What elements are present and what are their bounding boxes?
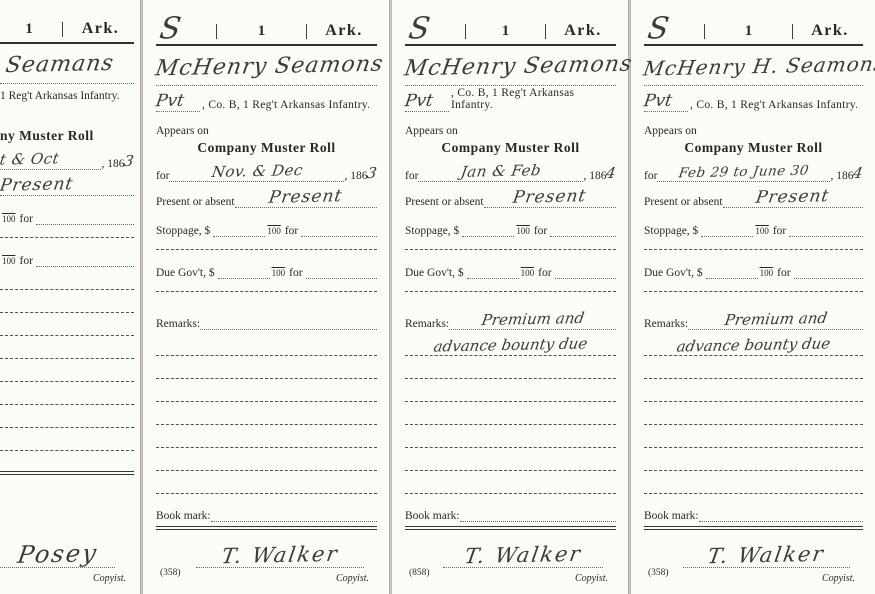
copyist-signature-script: Posey xyxy=(15,539,99,569)
due-blank xyxy=(306,265,377,279)
due-label: Due Gov't, $ xyxy=(405,267,467,279)
soldier-name-line: McHenry Seamons xyxy=(405,54,616,86)
copyist-signature-script: T. Walker xyxy=(219,542,340,568)
cents-fraction: 100 xyxy=(272,268,286,278)
ruled-line xyxy=(0,358,134,359)
header-state: Ark. xyxy=(797,22,863,40)
form-number: (358) xyxy=(648,568,669,578)
due-blank xyxy=(36,253,134,267)
header-divider xyxy=(792,24,793,39)
remarks-script-1: Premium and xyxy=(480,309,585,329)
ruled-line xyxy=(405,493,616,494)
stoppage-blank xyxy=(36,211,134,225)
roll-title: Company Muster Roll xyxy=(156,140,377,156)
header-series-script: S xyxy=(154,17,214,40)
cents-fraction: 100 xyxy=(2,214,16,224)
roll-title: Company Muster Roll xyxy=(405,140,616,156)
remarks-label: Remarks: xyxy=(405,318,449,330)
for-label: for xyxy=(644,170,657,182)
ruled-line xyxy=(156,493,377,494)
unit-line: , Co. B, 1 Reg't Arkansas Infantry. xyxy=(449,87,616,112)
for-period-row: t & Oct , 186 3 xyxy=(0,148,134,170)
rank-blank: Pvt xyxy=(644,91,688,112)
stoppage-label: Stoppage, $ xyxy=(156,225,213,237)
header-series-script: S xyxy=(403,17,463,40)
unit-line: , Co. B, 1 Reg't Arkansas Infantry. xyxy=(688,99,858,112)
for-word: for xyxy=(20,213,36,225)
soldier-name-line: McHenry H. Seamons xyxy=(644,54,863,86)
stoppage-row: Stoppage, $ 100 for xyxy=(405,215,616,237)
form-number: (358) xyxy=(160,568,181,578)
remarks-blank: Premium and xyxy=(688,310,863,330)
muster-card-partial: 1 Ark. Seamans 1 Reg't Arkansas Infantry… xyxy=(0,0,140,594)
period-script: Nov. & Dec xyxy=(210,161,304,181)
unit-line: , Co. B, 1 Reg't Arkansas Infantry. xyxy=(200,99,370,112)
stoppage-blank xyxy=(550,223,616,237)
ruled-line xyxy=(156,401,377,402)
roll-title: ny Muster Roll xyxy=(0,128,134,144)
ruled-line xyxy=(0,427,134,428)
bookmark-blank xyxy=(460,508,616,522)
signature-block: Posey Copyist. xyxy=(0,530,134,586)
appears-on-label: Appears on xyxy=(644,125,863,137)
header-series-script: S xyxy=(642,17,702,40)
ruled-line xyxy=(644,401,863,402)
stoppage-label: Stoppage, $ xyxy=(405,225,462,237)
bookmark-row: Book mark: xyxy=(644,502,863,522)
ruled-line xyxy=(0,289,134,290)
ruled-line xyxy=(405,470,616,471)
ruled-line xyxy=(405,401,616,402)
cents-fraction: 100 xyxy=(521,268,535,278)
ruled-line xyxy=(156,291,377,292)
header-divider xyxy=(704,24,705,39)
ruled-line xyxy=(644,493,863,494)
bookmark-row: Book mark: xyxy=(156,502,377,522)
amount-blank xyxy=(467,265,519,279)
for-word: for xyxy=(534,225,550,237)
rank-blank: Pvt xyxy=(156,91,200,112)
ruled-line xyxy=(0,450,134,451)
bookmark-label: Book mark: xyxy=(405,510,460,522)
remarks-blank xyxy=(156,337,377,356)
muster-card: S 1 Ark. McHenry Seamons Pvt , Co. B, 1 … xyxy=(392,0,628,594)
ruled-line xyxy=(644,291,863,292)
soldier-name-script: McHenry H. Seamons xyxy=(642,51,875,80)
year-digit-script: 3 xyxy=(366,164,378,182)
year-digit-script: 4 xyxy=(852,164,864,182)
remarks-script-2: advance bounty due xyxy=(432,334,588,355)
remarks-row: Remarks: xyxy=(156,302,377,330)
signature-line: T. Walker xyxy=(196,543,364,568)
double-rule xyxy=(0,471,134,475)
for-word: for xyxy=(20,255,36,267)
scanned-sheet: 1 Ark. Seamans 1 Reg't Arkansas Infantry… xyxy=(0,0,875,594)
form-number: (858) xyxy=(409,568,430,578)
due-label: Due Gov't, $ xyxy=(644,267,706,279)
period-blank: Nov. & Dec xyxy=(169,162,344,182)
for-word: for xyxy=(285,225,301,237)
year-printed: , 186 xyxy=(583,170,606,182)
remarks-row: Remarks: Premium and xyxy=(644,302,863,330)
remarks-label: Remarks: xyxy=(644,318,688,330)
header-state: Ark. xyxy=(550,22,616,40)
year-printed: , 186 xyxy=(344,170,367,182)
period-script: Feb 29 to June 30 xyxy=(678,163,811,182)
due-blank xyxy=(555,265,616,279)
copyist-label: Copyist. xyxy=(575,573,608,584)
rank-unit-row: Pvt , Co. B, 1 Reg't Arkansas Infantry. xyxy=(156,86,377,112)
for-word: for xyxy=(777,267,793,279)
ruled-line xyxy=(405,249,616,250)
remarks-row-2: advance bounty due xyxy=(644,330,863,356)
remarks-blank: Premium and xyxy=(449,310,616,330)
ruled-line xyxy=(0,312,134,313)
signature-line: T. Walker xyxy=(443,543,603,568)
ruled-line xyxy=(156,424,377,425)
cents-fraction: 100 xyxy=(267,226,281,236)
header-regiment-number: 1 xyxy=(709,23,788,40)
for-period-row: for Jan & Feb , 186 4 xyxy=(405,160,616,182)
year-printed: , 186 xyxy=(101,158,124,170)
ruled-line xyxy=(405,291,616,292)
ruled-line xyxy=(644,378,863,379)
signature-line: T. Walker xyxy=(683,543,849,568)
bookmark-blank xyxy=(211,508,377,522)
for-label: for xyxy=(156,170,169,182)
stoppage-blank xyxy=(789,223,863,237)
remarks-row: Remarks: Premium and xyxy=(405,302,616,330)
present-blank: Present xyxy=(0,175,134,196)
muster-card: S 1 Ark. McHenry H. Seamons Pvt , Co. B,… xyxy=(631,0,875,594)
header-state: Ark. xyxy=(67,20,134,38)
ruled-line xyxy=(156,470,377,471)
present-blank: Present xyxy=(723,187,863,208)
header-divider xyxy=(216,24,217,39)
header-regiment-number: 1 xyxy=(0,21,58,38)
bookmark-blank xyxy=(699,508,863,522)
due-govt-row: Due Gov't, $ 100 for xyxy=(644,257,863,279)
signature-block: (858) T. Walker Copyist. xyxy=(405,530,616,586)
soldier-name-script: McHenry Seamons xyxy=(403,52,635,82)
period-blank: Jan & Feb xyxy=(418,162,583,182)
stoppage-row: 100 for xyxy=(0,203,134,225)
for-word: for xyxy=(773,225,789,237)
header-divider xyxy=(306,24,307,39)
card-header: S 1 Ark. xyxy=(644,10,863,46)
stoppage-row: Stoppage, $ 100 for xyxy=(644,215,863,237)
roll-title: Company Muster Roll xyxy=(644,140,863,156)
rank-script: Pvt xyxy=(403,91,434,112)
soldier-name-script: McHenry Seamons xyxy=(154,52,386,82)
present-script: Present xyxy=(755,186,832,208)
copyist-label: Copyist. xyxy=(336,573,369,584)
ruled-line xyxy=(0,237,134,238)
present-label: Present or absent xyxy=(644,196,723,208)
remarks-script-2: advance bounty due xyxy=(675,334,831,355)
due-govt-row: Due Gov't, $ 100 for xyxy=(405,257,616,279)
ruled-line xyxy=(0,404,134,405)
present-script: Present xyxy=(268,186,345,208)
ruled-line xyxy=(405,447,616,448)
card-header: S 1 Ark. xyxy=(156,10,377,46)
due-label: Due Gov't, $ xyxy=(156,267,218,279)
rank-blank: Pvt xyxy=(405,91,449,112)
cents-fraction: 100 xyxy=(760,268,774,278)
period-script: t & Oct xyxy=(0,149,61,168)
year-digit-script: 3 xyxy=(123,152,135,170)
remarks-row-2 xyxy=(156,330,377,356)
remarks-blank: advance bounty due xyxy=(644,336,863,356)
bookmark-row: Book mark: xyxy=(405,502,616,522)
for-period-row: for Nov. & Dec , 186 3 xyxy=(156,160,377,182)
period-script: Jan & Feb xyxy=(459,161,542,181)
remarks-blank: advance bounty due xyxy=(405,336,616,356)
amount-blank xyxy=(701,223,753,237)
present-script: Present xyxy=(512,186,589,208)
soldier-name-line: McHenry Seamons xyxy=(156,54,377,86)
present-label: Present or absent xyxy=(156,196,235,208)
rank-script: Pvt xyxy=(642,91,673,112)
copyist-label: Copyist. xyxy=(822,573,855,584)
period-blank: t & Oct xyxy=(0,150,101,170)
for-word: for xyxy=(289,267,305,279)
amount-blank xyxy=(706,265,758,279)
ruled-line xyxy=(156,249,377,250)
ruled-line xyxy=(156,378,377,379)
present-row: Present or absent Present xyxy=(405,182,616,208)
remarks-blank xyxy=(200,311,377,330)
ruled-line xyxy=(405,378,616,379)
remarks-label: Remarks: xyxy=(156,318,200,330)
present-blank: Present xyxy=(484,187,616,208)
present-label: Present or absent xyxy=(405,196,484,208)
cents-fraction: 100 xyxy=(516,226,530,236)
present-row: Present or absent Present xyxy=(644,182,863,208)
due-govt-row: 100 for xyxy=(0,245,134,267)
year-printed: , 186 xyxy=(830,170,853,182)
for-period-row: for Feb 29 to June 30 , 186 4 xyxy=(644,160,863,182)
amount-blank xyxy=(218,265,270,279)
bookmark-label: Book mark: xyxy=(644,510,699,522)
due-govt-row: Due Gov't, $ 100 for xyxy=(156,257,377,279)
bookmark-label: Book mark: xyxy=(156,510,211,522)
remarks-row-2: advance bounty due xyxy=(405,330,616,356)
ruled-line xyxy=(644,249,863,250)
soldier-name-script: Seamans xyxy=(4,51,116,78)
amount-blank xyxy=(213,223,265,237)
header-regiment-number: 1 xyxy=(470,23,541,40)
present-script: Present xyxy=(0,174,75,196)
stoppage-label: Stoppage, $ xyxy=(644,225,701,237)
signature-line: Posey xyxy=(0,540,115,568)
card-header: S 1 Ark. xyxy=(405,10,616,46)
soldier-name-line: Seamans xyxy=(0,52,134,84)
card-header: 1 Ark. xyxy=(0,10,134,44)
for-word: for xyxy=(538,267,554,279)
muster-card: S 1 Ark. McHenry Seamons Pvt , Co. B, 1 … xyxy=(143,0,389,594)
remarks-script-1: Premium and xyxy=(723,309,828,329)
stoppage-blank xyxy=(301,223,377,237)
cents-fraction: 100 xyxy=(755,226,769,236)
copyist-label: Copyist. xyxy=(93,573,126,584)
present-blank: Present xyxy=(235,187,377,208)
appears-on-label: Appears on xyxy=(405,125,616,137)
copyist-signature-script: T. Walker xyxy=(706,542,827,568)
unit-line: 1 Reg't Arkansas Infantry. xyxy=(0,90,134,102)
header-state: Ark. xyxy=(311,22,377,40)
ruled-line xyxy=(0,335,134,336)
cents-fraction: 100 xyxy=(2,256,16,266)
appears-on-label: Appears on xyxy=(156,125,377,137)
header-divider xyxy=(545,24,546,39)
header-regiment-number: 1 xyxy=(221,23,302,40)
signature-block: (358) T. Walker Copyist. xyxy=(644,530,863,586)
header-divider xyxy=(62,22,63,37)
rank-unit-row: Pvt , Co. B, 1 Reg't Arkansas Infantry. xyxy=(405,86,616,112)
ruled-line xyxy=(644,470,863,471)
for-label: for xyxy=(405,170,418,182)
present-row: Present xyxy=(0,170,134,196)
period-blank: Feb 29 to June 30 xyxy=(657,163,830,182)
ruled-line xyxy=(0,381,134,382)
ruled-line xyxy=(644,447,863,448)
ruled-line xyxy=(405,424,616,425)
ruled-line xyxy=(156,447,377,448)
present-row: Present or absent Present xyxy=(156,182,377,208)
stoppage-row: Stoppage, $ 100 for xyxy=(156,215,377,237)
year-digit-script: 4 xyxy=(605,164,617,182)
copyist-signature-script: T. Walker xyxy=(463,542,584,568)
signature-block: (358) T. Walker Copyist. xyxy=(156,530,377,586)
ruled-line xyxy=(644,424,863,425)
rank-unit-row: Pvt , Co. B, 1 Reg't Arkansas Infantry. xyxy=(644,86,863,112)
header-divider xyxy=(465,24,466,39)
rank-script: Pvt xyxy=(154,91,185,112)
due-blank xyxy=(794,265,863,279)
amount-blank xyxy=(462,223,514,237)
